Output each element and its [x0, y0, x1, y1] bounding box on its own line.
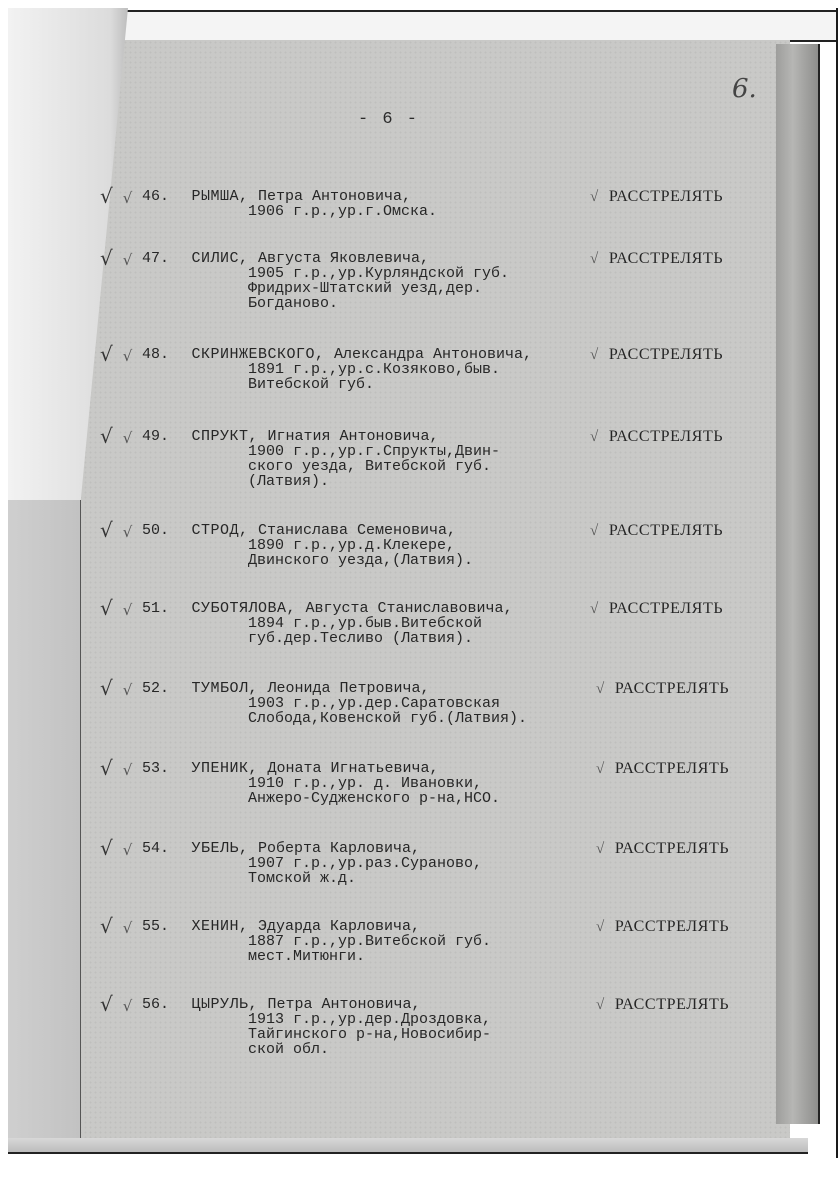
verdict-check-icon: √: [590, 251, 599, 267]
entry-number: 48.: [142, 346, 182, 363]
entry-detail-line: 1894 г.р.,ур.быв.Витебской: [248, 616, 482, 631]
entry-detail-line: 1907 г.р.,ур.раз.Сураново,: [248, 856, 482, 871]
handwritten-check-icon: √√: [100, 914, 132, 938]
small-check-icon: √: [123, 841, 133, 859]
verdict-text: РАССТРЕЛЯТЬ: [609, 600, 723, 617]
handwritten-check-icon: √√: [100, 246, 132, 270]
entry-number: 51.: [142, 600, 182, 617]
entry-number: 56.: [142, 996, 182, 1013]
entry-detail-line: ской обл.: [248, 1042, 329, 1057]
entry-surname: РЫМША,: [182, 188, 258, 205]
typed-page-number: - 6 -: [358, 110, 419, 129]
entry-number: 47.: [142, 250, 182, 267]
entry-detail-line: 1910 г.р.,ур. д. Ивановки,: [248, 776, 482, 791]
verdict-text: РАССТРЕЛЯТЬ: [615, 840, 729, 857]
verdict-text: РАССТРЕЛЯТЬ: [615, 918, 729, 935]
entry-detail-line: 1906 г.р.,ур.г.Омска.: [248, 204, 437, 219]
verdict: √РАССТРЕЛЯТЬ: [590, 250, 723, 268]
verdict: √РАССТРЕЛЯТЬ: [590, 188, 723, 206]
handwritten-check-icon: √√: [100, 676, 132, 700]
verdict-check-icon: √: [590, 601, 599, 617]
verdict: √РАССТРЕЛЯТЬ: [590, 346, 723, 364]
verdict-check-icon: √: [590, 429, 599, 445]
verdict-text: РАССТРЕЛЯТЬ: [615, 996, 729, 1013]
handwritten-check-icon: √√: [100, 992, 132, 1016]
entry-detail-line: ского уезда, Витебской губ.: [248, 459, 491, 474]
small-check-icon: √: [123, 523, 133, 541]
verdict-check-icon: √: [596, 761, 605, 777]
small-check-icon: √: [123, 251, 133, 269]
verdict-text: РАССТРЕЛЯТЬ: [615, 680, 729, 697]
bottom-page-edge: [8, 1138, 808, 1154]
handwritten-check-icon: √√: [100, 424, 132, 448]
verdict-check-icon: √: [590, 347, 599, 363]
entry-detail-line: 1903 г.р.,ур.дер.Саратовская: [248, 696, 500, 711]
entry-detail-line: (Латвия).: [248, 474, 329, 489]
small-check-icon: √: [123, 189, 133, 207]
entry-number: 55.: [142, 918, 182, 935]
entry-detail-line: 1913 г.р.,ур.дер.Дроздовка,: [248, 1012, 491, 1027]
verdict: √РАССТРЕЛЯТЬ: [590, 428, 723, 446]
verdict-text: РАССТРЕЛЯТЬ: [609, 250, 723, 267]
verdict: √РАССТРЕЛЯТЬ: [596, 996, 729, 1014]
entry-detail-line: Богданово.: [248, 296, 338, 311]
entry-number: 53.: [142, 760, 182, 777]
handwritten-check-icon: √√: [100, 518, 132, 542]
verdict-check-icon: √: [596, 919, 605, 935]
handwritten-page-number: 6.: [732, 74, 757, 104]
small-check-icon: √: [123, 761, 133, 779]
handwritten-check-icon: √√: [100, 184, 132, 208]
verdict-check-icon: √: [590, 523, 599, 539]
verdict-text: РАССТРЕЛЯТЬ: [609, 428, 723, 445]
entry-detail-line: 1905 г.р.,ур.Курляндской губ.: [248, 266, 509, 281]
small-check-icon: √: [123, 919, 133, 937]
entry-detail-line: 1887 г.р.,ур.Витебской губ.: [248, 934, 491, 949]
entry-detail-line: 1891 г.р.,ур.с.Козяково,быв.: [248, 362, 500, 377]
entry-surname: УБЕЛЬ,: [182, 840, 258, 857]
small-check-icon: √: [123, 601, 133, 619]
small-check-icon: √: [123, 429, 133, 447]
small-check-icon: √: [123, 997, 133, 1015]
entry-number: 50.: [142, 522, 182, 539]
handwritten-check-icon: √√: [100, 342, 132, 366]
handwritten-check-icon: √√: [100, 836, 132, 860]
entry-detail-line: Анжеро-Судженского р-на,НСО.: [248, 791, 500, 806]
entry-detail-line: Томской ж.д.: [248, 871, 356, 886]
entry-surname: ХЕНИН,: [182, 918, 258, 935]
verdict-text: РАССТРЕЛЯТЬ: [609, 346, 723, 363]
handwritten-check-icon: √√: [100, 596, 132, 620]
verdict-check-icon: √: [596, 681, 605, 697]
entry-number: 52.: [142, 680, 182, 697]
entry-detail-line: Фридрих-Штатский уезд,дер.: [248, 281, 482, 296]
verdict: √РАССТРЕЛЯТЬ: [596, 918, 729, 936]
verdict-check-icon: √: [596, 841, 605, 857]
verdict-check-icon: √: [590, 189, 599, 205]
entry-number: 49.: [142, 428, 182, 445]
entry-number: 54.: [142, 840, 182, 857]
verdict: √РАССТРЕЛЯТЬ: [590, 522, 723, 540]
verdict-text: РАССТРЕЛЯТЬ: [609, 188, 723, 205]
small-check-icon: √: [123, 681, 133, 699]
entry-surname: СИЛИС,: [182, 250, 258, 267]
entry-detail-line: 1890 г.р.,ур.д.Клекере,: [248, 538, 455, 553]
small-check-icon: √: [123, 347, 133, 365]
verdict: √РАССТРЕЛЯТЬ: [596, 680, 729, 698]
verdict: √РАССТРЕЛЯТЬ: [596, 840, 729, 858]
entry-detail-line: Двинского уезда,(Латвия).: [248, 553, 473, 568]
entry-detail-line: губ.дер.Тесливо (Латвия).: [248, 631, 473, 646]
entry-detail-line: Тайгинского р-на,Новосибир-: [248, 1027, 491, 1042]
left-page-fold: [8, 500, 81, 1140]
verdict: √РАССТРЕЛЯТЬ: [590, 600, 723, 618]
entry-detail-line: 1900 г.р.,ур.г.Спрукты,Двин-: [248, 444, 500, 459]
top-binding-strip: [120, 10, 836, 42]
entry-number: 46.: [142, 188, 182, 205]
verdict-text: РАССТРЕЛЯТЬ: [615, 760, 729, 777]
entry-detail-line: Витебской губ.: [248, 377, 374, 392]
entry-surname: СТРОД,: [182, 522, 258, 539]
entry-detail-line: Слобода,Ковенской губ.(Латвия).: [248, 711, 527, 726]
verdict-text: РАССТРЕЛЯТЬ: [609, 522, 723, 539]
verdict-check-icon: √: [596, 997, 605, 1013]
handwritten-check-icon: √√: [100, 756, 132, 780]
verdict: √РАССТРЕЛЯТЬ: [596, 760, 729, 778]
entry-detail-line: мест.Митюнги.: [248, 949, 365, 964]
right-binding-edge: [776, 44, 820, 1124]
